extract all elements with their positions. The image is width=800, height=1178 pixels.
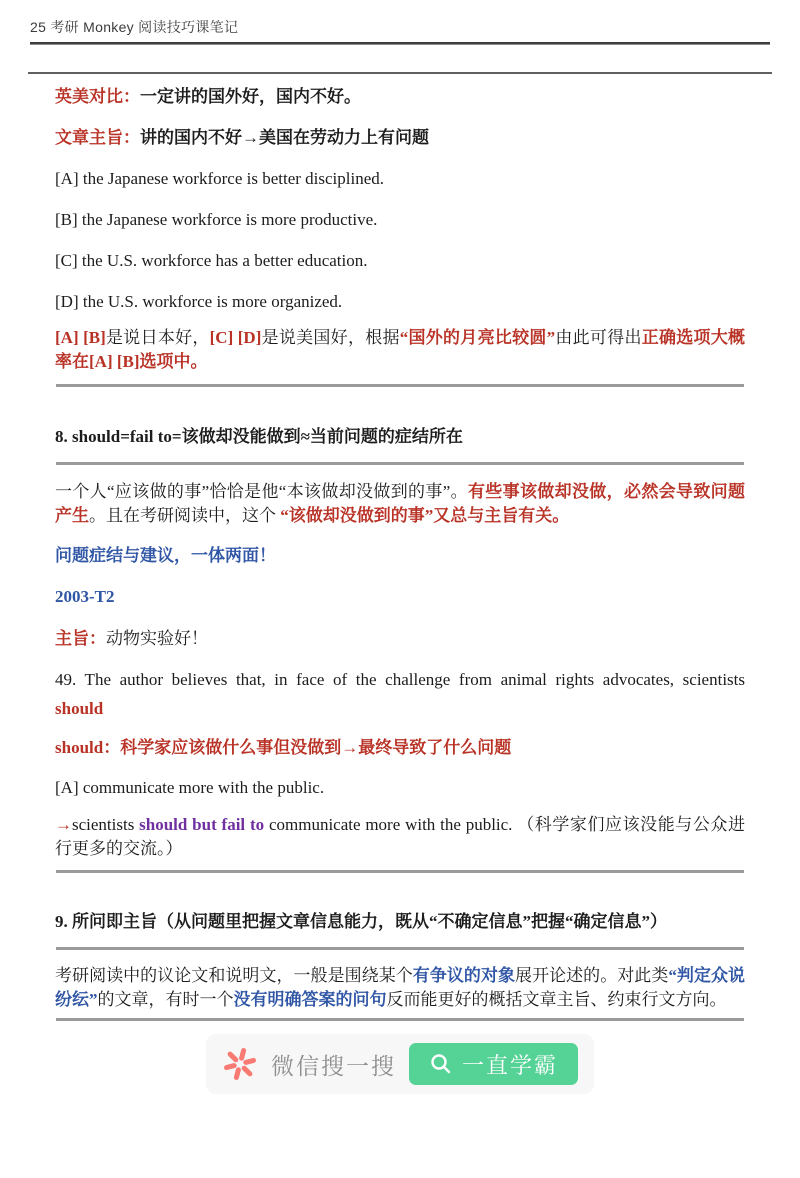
- header-title: 25 考研 Monkey 阅读技巧课笔记: [30, 17, 770, 42]
- wechat-search-sparkle-icon: [222, 1046, 258, 1082]
- analysis-text-2: 是说美国好，根据: [261, 328, 399, 347]
- gist-label: 主旨：: [55, 629, 106, 648]
- option-d-line: [D] the U.S. workforce is more organized…: [28, 290, 772, 314]
- section-divider-bottom: [56, 1018, 744, 1021]
- sec9-blue-1: 有争议的对象: [413, 966, 515, 985]
- question-49-line: 49. The author believes that, in face of…: [28, 668, 772, 692]
- answer-purple: should but fail to: [139, 815, 264, 834]
- contrast-text: 一定讲的国外好，国内不好。: [140, 87, 361, 106]
- wechat-search-label: 微信搜一搜: [271, 1048, 396, 1081]
- should-text-2: 。且在考研阅读中，这个: [89, 506, 280, 525]
- answer-text-2: communicate more with the public.: [264, 815, 517, 834]
- page-header: 25 考研 Monkey 阅读技巧课笔记: [30, 17, 770, 45]
- section-divider: [56, 947, 744, 950]
- paragraph-gist: 主旨：动物实验好！: [28, 627, 772, 651]
- option-c-line: [C] the U.S. workforce has a better educ…: [28, 249, 772, 273]
- should-red-2: “该做却没做到的事”又总与主旨有关。: [280, 506, 569, 525]
- should-note-text: 科学家应该做什么事但没做到→最终导致了什么问题: [120, 738, 511, 757]
- header-rule: [30, 42, 770, 45]
- sec9-text-3: 的文章，有时一个: [98, 990, 234, 1009]
- analysis-text-3: 由此可得出: [555, 328, 642, 347]
- answer-option-a: [A] communicate more with the public.: [28, 776, 772, 800]
- option-a-line: [A] the Japanese workforce is better dis…: [28, 167, 772, 191]
- wechat-account-name: 一直学霸: [462, 1049, 558, 1080]
- paragraph-analysis: [A] [B]是说日本好，[C] [D]是说美国好，根据“国外的月亮比较圆”由此…: [28, 326, 772, 374]
- sec9-text-2: 展开论述的。对此类: [515, 966, 668, 985]
- paragraph-should-explain: 一个人“应该做的事”恰恰是他“本该做却没做到的事”。有些事该做却没做，必然会导致…: [28, 480, 772, 528]
- wechat-search-card: 微信搜一搜 一直学霸: [206, 1034, 594, 1094]
- section-divider: [56, 462, 744, 465]
- paragraph-tip: 问题症结与建议，一体两面！: [28, 544, 772, 568]
- sec9-blue-3: 没有明确答案的问句: [234, 990, 387, 1009]
- arrow-icon: →: [55, 815, 72, 834]
- paragraph-article-theme: 文章主旨：讲的国内不好→美国在劳动力上有问题: [28, 126, 772, 150]
- answer-text-1: scientists: [72, 815, 139, 834]
- section-8-heading: 8. should=fail to=该做却没能做到≈当前问题的症结所在: [28, 425, 772, 449]
- section-divider: [56, 870, 744, 873]
- question-49-should: should: [28, 697, 772, 721]
- magnifier-icon: [429, 1052, 453, 1076]
- theme-label: 文章主旨：: [55, 128, 140, 147]
- paragraph-uk-us-contrast: 英美对比：一定讲的国外好，国内不好。: [28, 85, 772, 109]
- sec9-text-1: 考研阅读中的议论文和说明文，一般是围绕某个: [55, 966, 413, 985]
- gist-text: 动物实验好！: [106, 629, 208, 648]
- analysis-ab: [A] [B]: [55, 328, 106, 347]
- contrast-label: 英美对比：: [55, 87, 140, 106]
- content: 英美对比：一定讲的国外好，国内不好。 文章主旨：讲的国内不好→美国在劳动力上有问…: [28, 85, 772, 1021]
- analysis-cd: [C] [D]: [210, 328, 262, 347]
- analysis-text-1: 是说日本好，: [106, 328, 210, 347]
- document-page: 25 考研 Monkey 阅读技巧课笔记 英美对比：一定讲的国外好，国内不好。 …: [0, 0, 800, 1178]
- sec9-text-4: 反而能更好的概括文章主旨、约束行文方向。: [387, 990, 727, 1009]
- exam-tag: 2003-T2: [28, 585, 772, 609]
- option-b-line: [B] the Japanese workforce is more produ…: [28, 208, 772, 232]
- should-text-1: 一个人“应该做的事”恰恰是他“本该做却没做到的事”。: [55, 482, 468, 501]
- section-9-heading: 9. 所问即主旨（从问题里把握文章信息能力，既从“不确定信息”把握“确定信息”）: [28, 910, 772, 934]
- section-divider: [56, 384, 744, 387]
- wechat-account-search-button[interactable]: 一直学霸: [409, 1043, 578, 1085]
- paragraph-section9: 考研阅读中的议论文和说明文，一般是围绕某个有争议的对象展开论述的。对此类“判定众…: [28, 964, 772, 1012]
- paragraph-should-note: should：科学家应该做什么事但没做到→最终导致了什么问题: [28, 736, 772, 760]
- should-note-label: should：: [55, 738, 120, 757]
- theme-text: 讲的国内不好→美国在劳动力上有问题: [140, 128, 429, 147]
- analysis-quote: “国外的月亮比较圆”: [400, 328, 555, 347]
- section-divider-top: [28, 72, 772, 74]
- paragraph-answer-explain: →scientists should but fail to communica…: [28, 813, 772, 861]
